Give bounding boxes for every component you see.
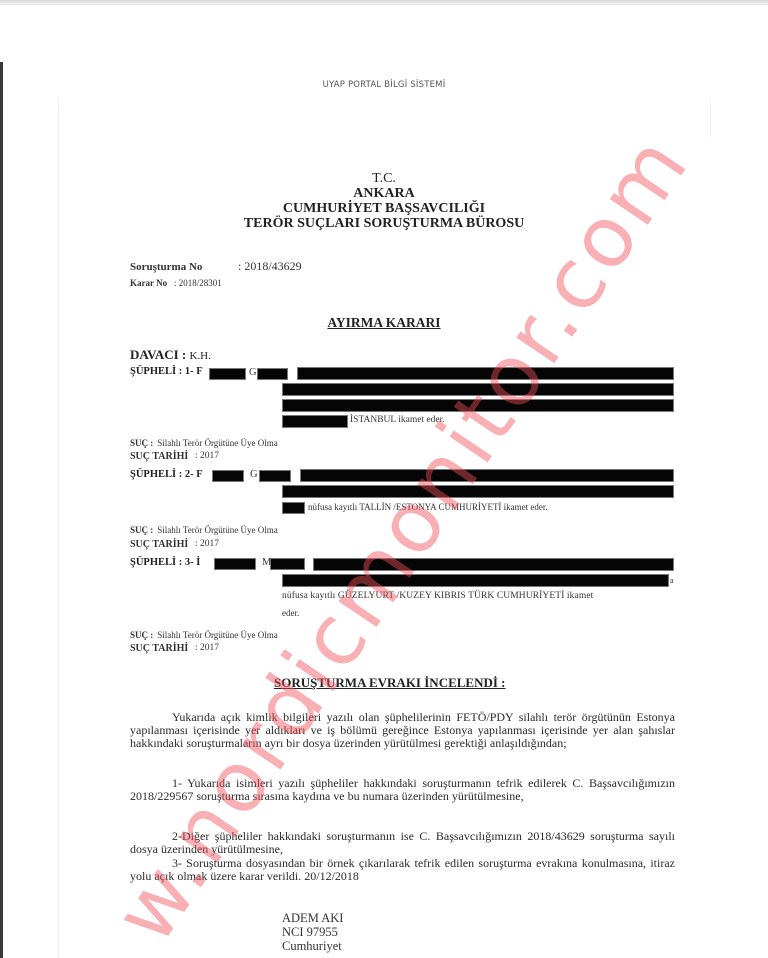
suspect-1-charge-label: SUÇ : — [130, 438, 153, 448]
suspect-1-address-tail: İSTANBUL ikamet eder. — [350, 415, 445, 425]
redaction-suspect-1-surname — [257, 368, 288, 380]
suspect-2-date-value: : 2017 — [195, 539, 219, 549]
redaction-suspect-1-address-1 — [282, 383, 674, 396]
suspect-2-date-label: SUÇ TARİHİ — [130, 539, 188, 550]
heading-bureau: TERÖR SUÇLARI SORUŞTURMA BÜROSU — [0, 216, 768, 231]
sorusturma-no-label: Soruşturma No — [130, 261, 202, 273]
suspect-1-date-label: SUÇ TARİHİ — [130, 451, 188, 462]
suspect-3-charge-value: Silahlı Terör Örgütüne Üye Olma — [157, 630, 278, 640]
suspect-2-label: ŞÜPHELİ : 2- F — [130, 469, 203, 480]
davaci-value: K.H. — [189, 350, 210, 362]
redaction-suspect-2-id-line — [300, 469, 674, 482]
paragraph-item-1-text: 1- Yukarıda isimleri yazılı şüpheliler h… — [130, 776, 675, 803]
page-frame-right-edge — [710, 98, 711, 138]
redaction-suspect-3-address-1 — [282, 574, 669, 587]
karar-no-value: : 2018/28301 — [174, 278, 222, 288]
paragraph-item-1: 1- Yukarıda isimleri yazılı şüpheliler h… — [130, 777, 675, 803]
paragraph-item-3-text: 3- Soruşturma dosyasından bir örnek çıka… — [130, 856, 675, 883]
davaci-label: DAVACI : K.H. — [130, 347, 211, 363]
davaci-label-text: DAVACI : — [130, 347, 186, 362]
suspect-2-charge: SUÇ : Silahlı Terör Örgütüne Üye Olma — [130, 520, 278, 538]
signature-id: NCI 97955 — [282, 926, 338, 939]
suspect-1-label: ŞÜPHELİ : 1- F — [130, 366, 203, 377]
heading-office: CUMHURİYET BAŞSAVCILIĞI — [0, 201, 768, 216]
signature-title: Cumhuriyet — [282, 940, 342, 953]
suspect-3-address-tail-2: eder. — [282, 608, 299, 618]
suspect-2-address-tail: nüfusa kayıtlı TALLİN /ESTONYA CUMHURİYE… — [308, 502, 548, 512]
suspect-2-charge-value: Silahlı Terör Örgütüne Üye Olma — [157, 525, 278, 535]
heading-tc: T.C. — [0, 171, 768, 186]
paragraph-item-3: 3- Soruşturma dosyasından bir örnek çıka… — [130, 857, 675, 883]
redaction-suspect-3-id-line — [313, 558, 674, 571]
suspect-3-charge: SUÇ : Silahlı Terör Örgütüne Üye Olma — [130, 625, 278, 643]
redaction-suspect-1-address-3 — [282, 415, 348, 428]
redaction-suspect-2-address-2 — [282, 502, 305, 514]
suspect-3-label: ŞÜPHELİ : 3- İ — [130, 557, 200, 568]
redaction-suspect-1-id-line — [297, 367, 674, 380]
suspect-3-date-value: : 2017 — [195, 643, 219, 653]
heading-city: ANKARA — [0, 186, 768, 201]
redaction-suspect-2-first-name — [212, 470, 244, 482]
decision-title: AYIRMA KARARI — [0, 315, 768, 331]
suspect-2-charge-label: SUÇ : — [130, 525, 153, 535]
paragraph-findings-text: Yukarıda açık kimlik bilgileri yazılı ol… — [130, 710, 675, 750]
window-top-border — [0, 0, 768, 5]
redaction-suspect-2-address-1 — [282, 485, 674, 498]
paragraph-item-2-text: 2-Diğer şüpheliler hakkındaki soruşturma… — [130, 829, 675, 856]
suspect-3-address-tail: nüfusa kayıtlı GÜZELYURT /KUZEY KIBRIS T… — [282, 591, 593, 601]
suspect-1-charge: SUÇ : Silahlı Terör Örgütüne Üye Olma — [130, 433, 278, 451]
paragraph-item-2: 2-Diğer şüpheliler hakkındaki soruşturma… — [130, 830, 675, 856]
karar-no-label: Karar No — [130, 278, 167, 288]
suspect-1-surname-initial: G — [249, 367, 257, 378]
suspect-3-charge-label: SUÇ : — [130, 630, 153, 640]
redaction-suspect-3-surname — [270, 558, 305, 570]
suspect-1-date-value: : 2017 — [195, 451, 219, 461]
suspect-2-surname-initial: G — [250, 469, 258, 480]
sorusturma-no-value: : 2018/43629 — [238, 259, 302, 274]
suspect-3-trailing-char: a — [670, 576, 674, 585]
signature-name: ADEM AKI — [282, 912, 343, 925]
paragraph-findings: Yukarıda açık kimlik bilgileri yazılı ol… — [130, 711, 675, 751]
suspect-1-charge-value: Silahlı Terör Örgütüne Üye Olma — [157, 438, 278, 448]
redaction-suspect-2-surname — [259, 470, 291, 482]
suspect-3-date-label: SUÇ TARİHİ — [130, 643, 188, 654]
redaction-suspect-1-first-name — [209, 368, 246, 380]
section-title: SORUŞTURMA EVRAKI İNCELENDİ : — [274, 675, 506, 691]
portal-header: UYAP PORTAL BİLGİ SİSTEMİ — [0, 80, 768, 90]
redaction-suspect-1-address-2 — [282, 399, 674, 412]
redaction-suspect-3-first-name — [214, 558, 256, 570]
